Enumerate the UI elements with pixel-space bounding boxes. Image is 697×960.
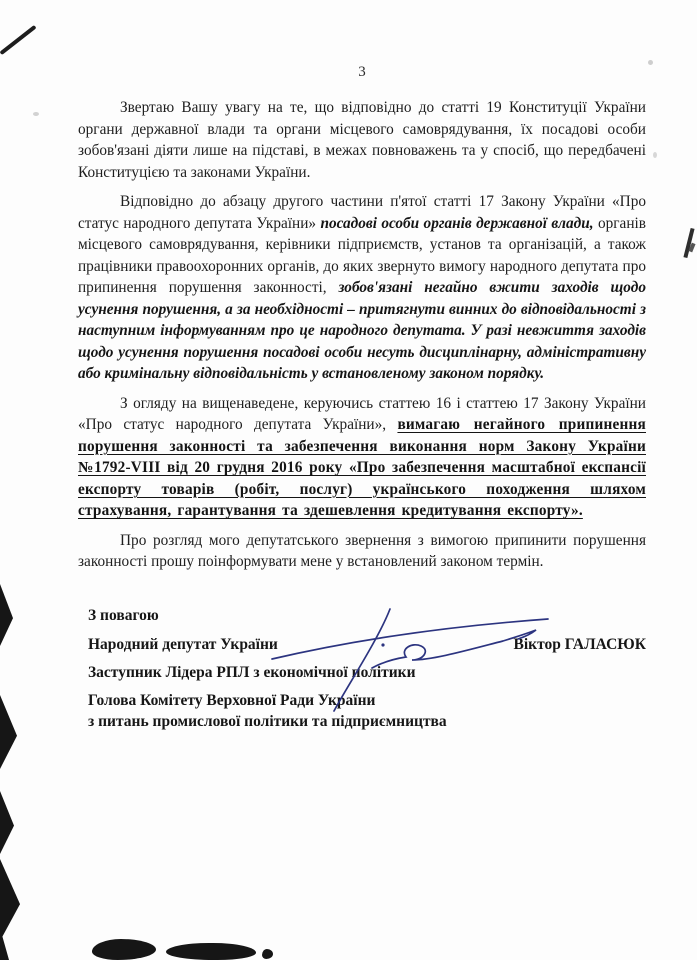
text-segment-bold-italic: посадові особи органів державної влади, — [320, 215, 593, 232]
paragraph-2: Відповідно до абзацу другого частини п'я… — [78, 191, 646, 385]
text-segment: Про розгляд мого депутатського звернення… — [78, 532, 646, 571]
scan-speck — [33, 112, 39, 116]
scan-artifact-left-wedge-1 — [0, 584, 13, 646]
scan-artifact-bottom-blob-3 — [262, 949, 273, 959]
scan-artifact-bottom-blob-2 — [166, 943, 256, 960]
signer-role-3: Голова Комітету Верховної Ради України — [88, 690, 646, 712]
scanned-document-page: 3 Звертаю Вашу увагу на те, що відповідн… — [0, 0, 697, 960]
scan-artifact-left-wedge-2 — [0, 695, 17, 769]
scan-artifact-bottom-blob-1 — [92, 939, 156, 960]
paragraph-3: З огляду на вищенаведене, керуючись стат… — [78, 393, 646, 522]
salutation: З повагою — [88, 607, 646, 625]
scan-artifact-left-wedge-3 — [0, 791, 14, 854]
text-segment: Звертаю Вашу увагу на те, що відповідно … — [78, 99, 646, 181]
signer-role-2: Заступник Лідера РПЛ з економічної політ… — [88, 664, 646, 682]
scan-artifact-top-left — [0, 25, 37, 55]
scan-speck — [653, 152, 657, 158]
signer-role-4: з питань промислової політики та підприє… — [88, 711, 646, 733]
signer-name: Віктор ГАЛАСЮК — [514, 636, 646, 654]
scan-speck — [648, 60, 653, 65]
document-content: 3 Звертаю Вашу увагу на те, що відповідн… — [78, 0, 646, 733]
scan-artifact-left-wedge-4 — [0, 859, 20, 941]
signer-row: Народний депутат України Віктор ГАЛАСЮК — [88, 636, 646, 654]
signer-title: Народний депутат України — [88, 636, 278, 654]
paragraph-1: Звертаю Вашу увагу на те, що відповідно … — [78, 97, 646, 183]
signature-block: З повагою Народний депутат України Вікто… — [78, 607, 646, 733]
paragraph-4: Про розгляд мого депутатського звернення… — [78, 530, 646, 573]
page-number: 3 — [78, 0, 646, 81]
